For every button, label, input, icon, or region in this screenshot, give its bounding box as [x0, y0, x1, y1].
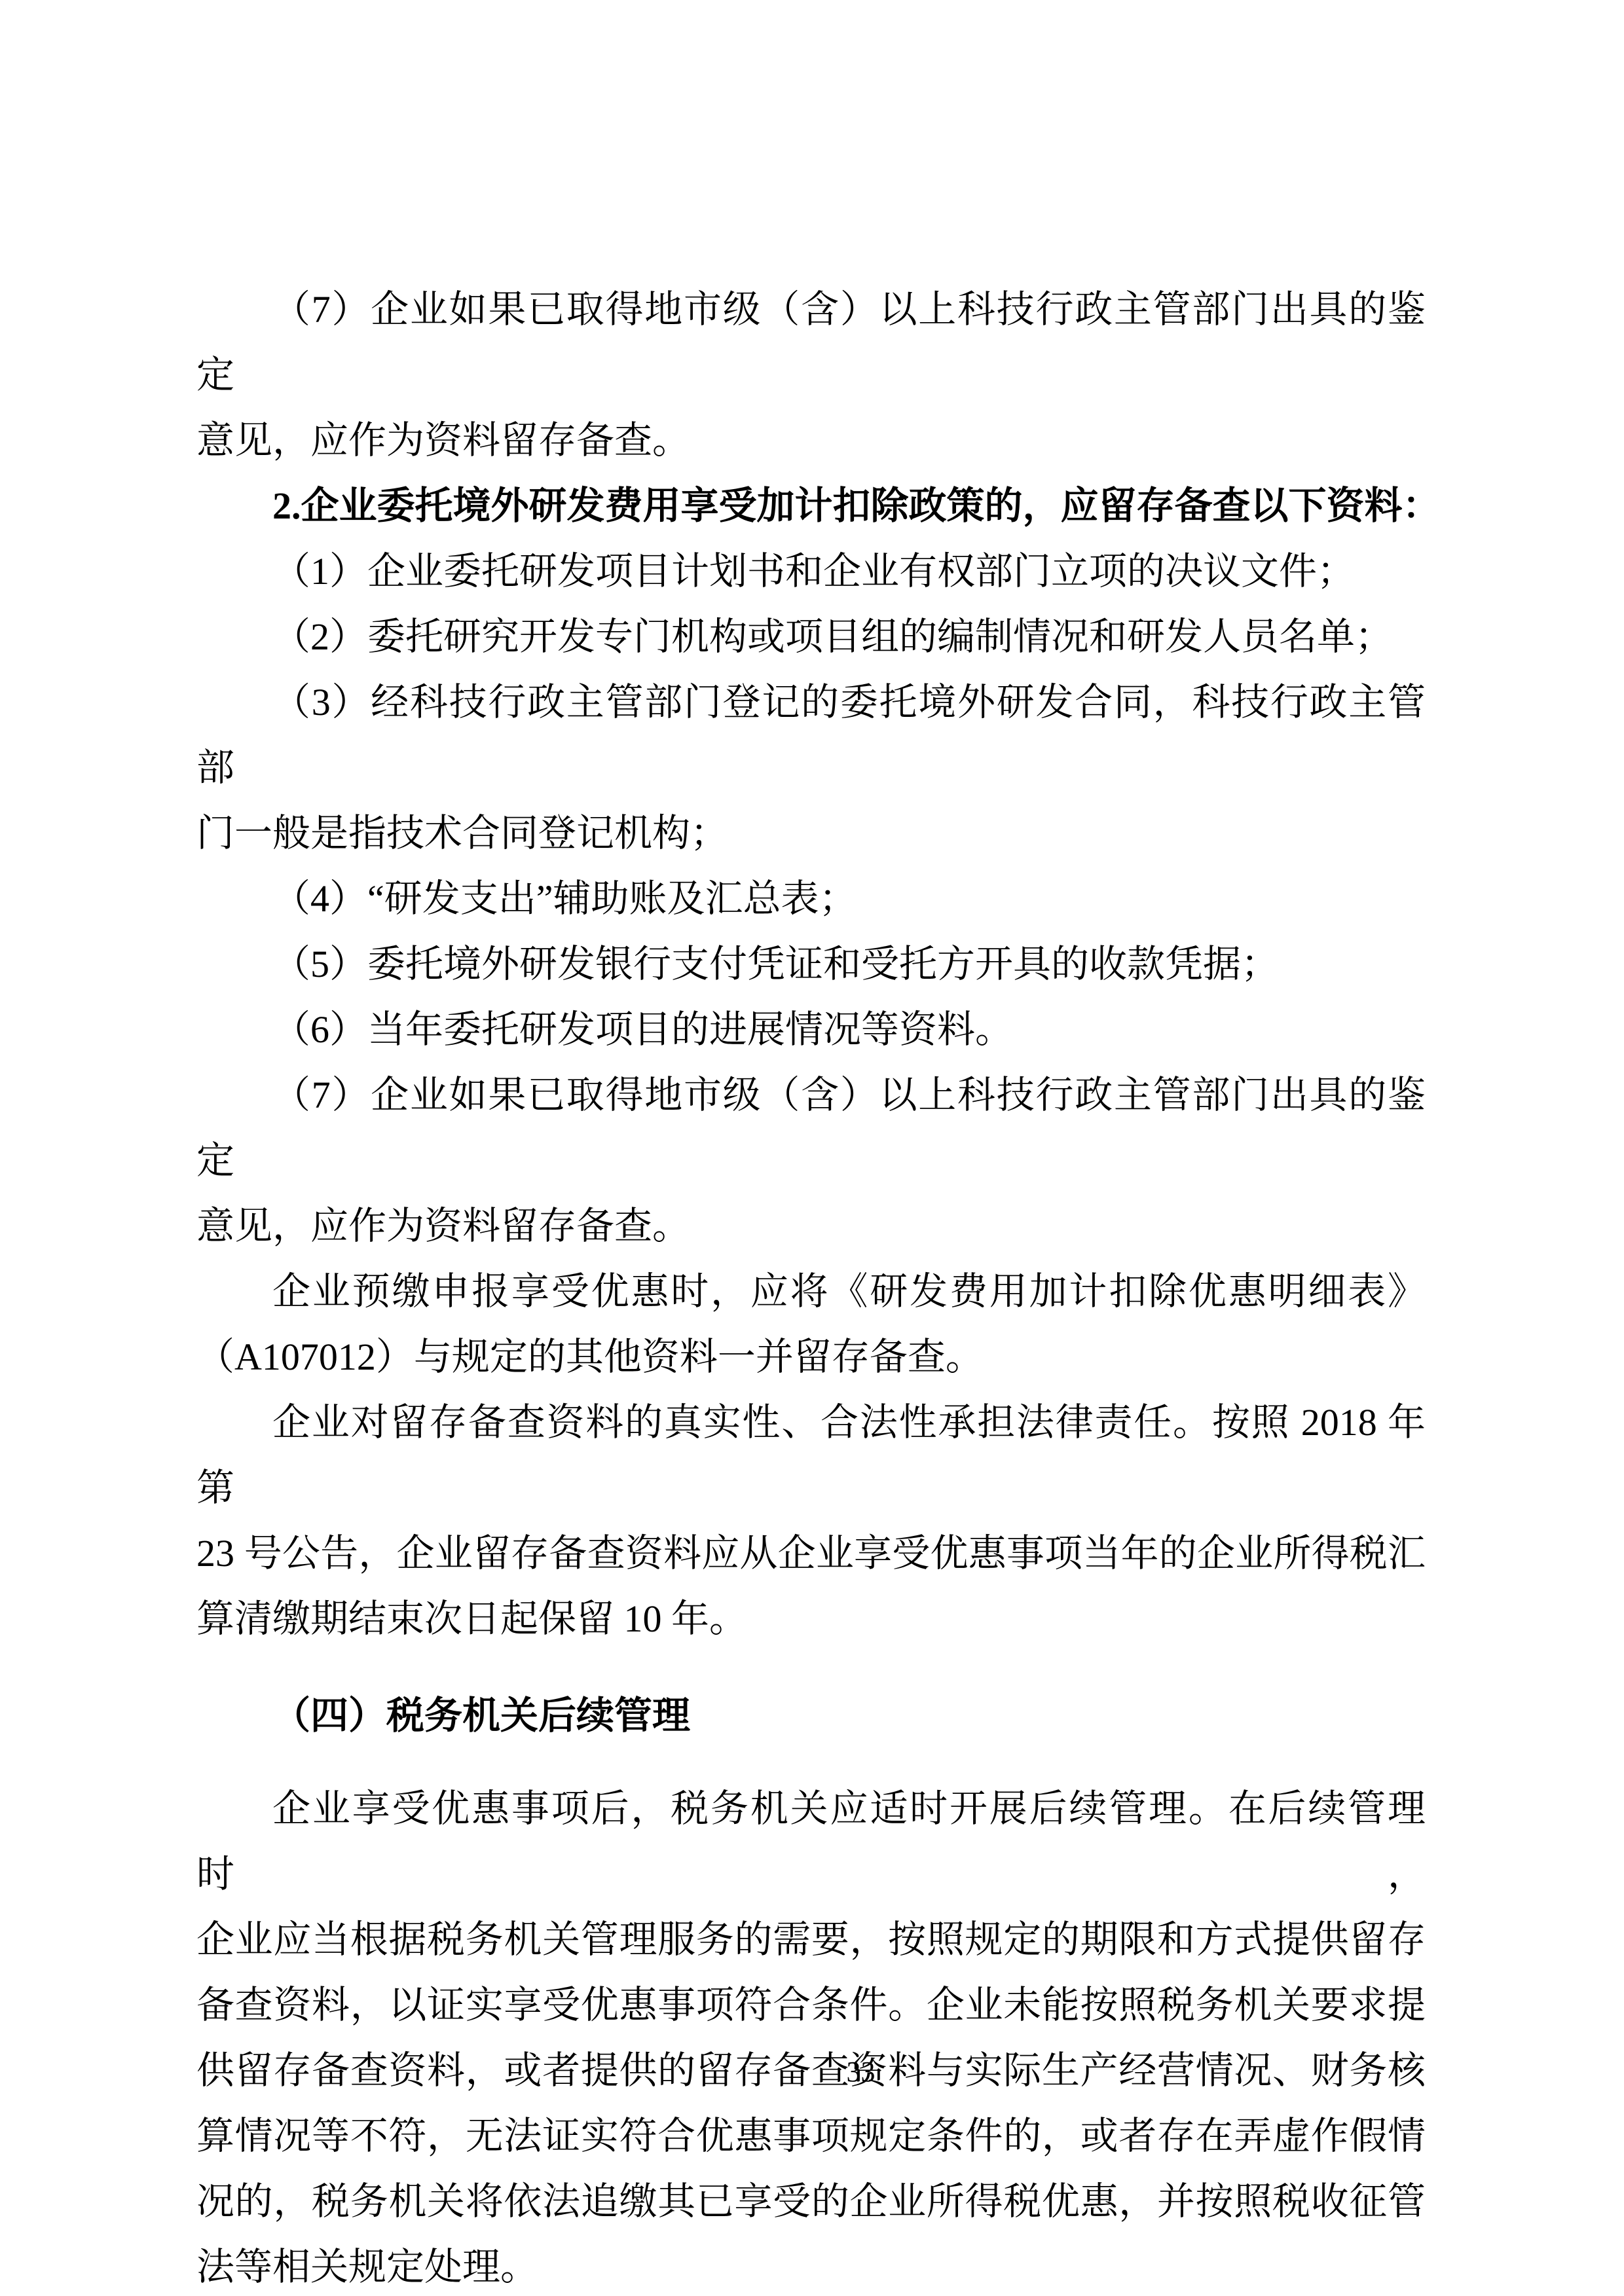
text-line: （7）企业如果已取得地市级（含）以上科技行政主管部门出具的鉴定 — [196, 277, 1426, 408]
section-heading: （四）税务机关后续管理 — [196, 1683, 1426, 1749]
text-line: 意见，应作为资料留存备查。 — [196, 408, 1426, 473]
text-line: 算清缴期结束次日起保留 10 年。 — [196, 1586, 1426, 1652]
text-line: 法等相关规定处理。 — [196, 2234, 1426, 2296]
text-line: 备查资料，以证实享受优惠事项符合条件。企业未能按照税务机关要求提 — [196, 1973, 1426, 2038]
text-line: （3）经科技行政主管部门登记的委托境外研发合同，科技行政主管部 — [196, 670, 1426, 801]
text-line: 企业预缴申报享受优惠时，应将《研发费用加计扣除优惠明细表》 — [196, 1259, 1426, 1324]
text-line: 企业对留存备查资料的真实性、合法性承担法律责任。按照 2018 年第 — [196, 1390, 1426, 1521]
text-line: （2）委托研究开发专门机构或项目组的编制情况和研发人员名单； — [196, 604, 1426, 670]
text-line: （6）当年委托研发项目的进展情况等资料。 — [196, 997, 1426, 1063]
text-line: （5）委托境外研发银行支付凭证和受托方开具的收款凭据； — [196, 932, 1426, 997]
text-line: 算情况等不符，无法证实符合优惠事项规定条件的，或者存在弄虚作假情 — [196, 2104, 1426, 2169]
text-line: 况的，税务机关将依法追缴其已享受的企业所得税优惠，并按照税收征管 — [196, 2169, 1426, 2234]
text-line: （1）企业委托研发项目计划书和企业有权部门立项的决议文件； — [196, 539, 1426, 604]
text-line: 意见，应作为资料留存备查。 — [196, 1194, 1426, 1259]
page-number: 33 — [246, 2056, 1475, 2088]
body-text: （7）企业如果已取得地市级（含）以上科技行政主管部门出具的鉴定意见，应作为资料留… — [196, 277, 1426, 2296]
document-page: （7）企业如果已取得地市级（含）以上科技行政主管部门出具的鉴定意见，应作为资料留… — [0, 0, 1624, 2296]
text-line: （A107012）与规定的其他资料一并留存备查。 — [196, 1324, 1426, 1390]
text-line: 企业应当根据税务机关管理服务的需要，按照规定的期限和方式提供留存 — [196, 1907, 1426, 1973]
text-line: （7）企业如果已取得地市级（含）以上科技行政主管部门出具的鉴定 — [196, 1063, 1426, 1194]
text-line: 企业享受优惠事项后，税务机关应适时开展后续管理。在后续管理时， — [196, 1776, 1426, 1907]
text-line: （4）“研发支出”辅助账及汇总表； — [196, 866, 1426, 932]
text-line: 23 号公告，企业留存备查资料应从企业享受优惠事项当年的企业所得税汇 — [196, 1521, 1426, 1586]
text-line: 门一般是指技术合同登记机构； — [196, 801, 1426, 866]
text-line: 2.企业委托境外研发费用享受加计扣除政策的，应留存备查以下资料： — [196, 473, 1426, 539]
